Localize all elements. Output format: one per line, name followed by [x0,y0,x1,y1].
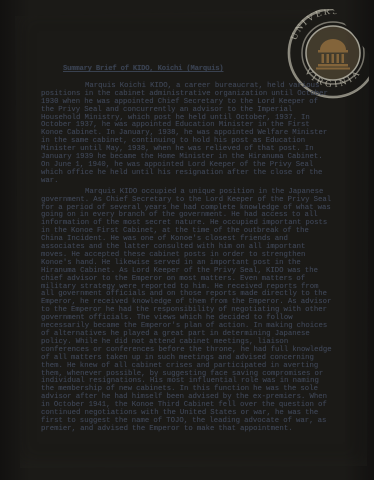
paper-sheet: UNIVERSITY OF VIRGINIA Summary Brief of … [13,7,369,468]
document-body: Summary Brief of KIDO, Koichi (Marquis) … [41,66,334,434]
scanned-document: UNIVERSITY OF VIRGINIA Summary Brief of … [0,0,374,480]
paragraph-role-analysis: Marquis KIDO occupied a unique position … [41,189,334,434]
paragraph-career-summary: Marquis Koichi KIDO, a career bureaucrat… [41,83,334,186]
document-title: Summary Brief of KIDO, Koichi (Marquis) [63,66,223,74]
